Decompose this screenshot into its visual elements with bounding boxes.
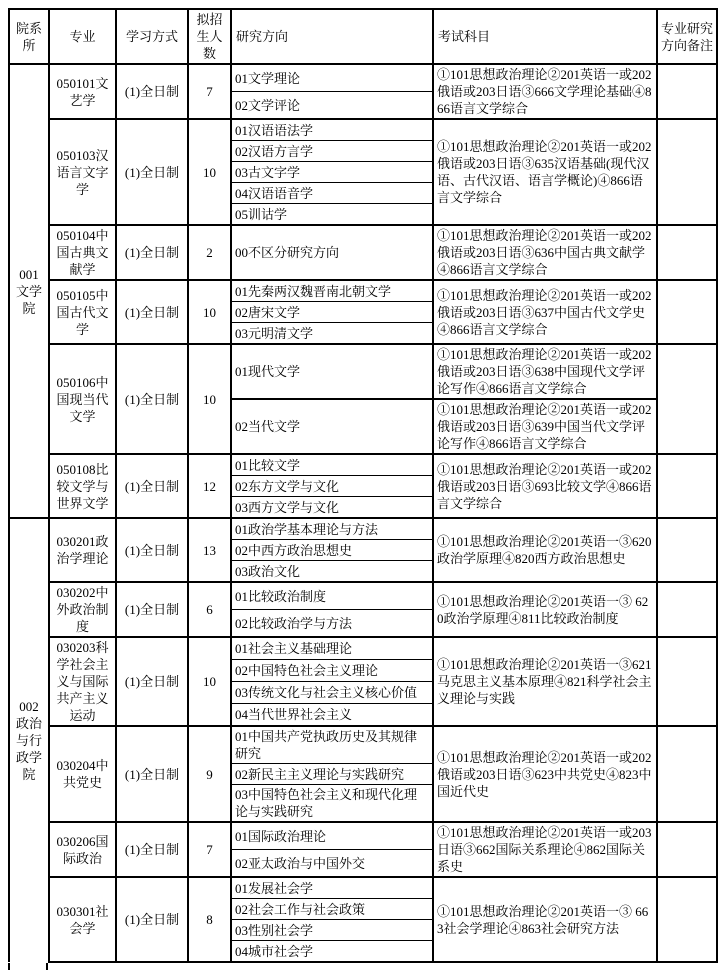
exam-subjects-cell: ①101思想政治理论②201英语一③ 663社会学理论④863社会研究方法 — [433, 877, 657, 962]
direction-cell: 02中国特色社会主义理论 — [231, 660, 433, 682]
notes-cell — [657, 225, 717, 280]
study-mode-cell: (1)全日制 — [116, 822, 188, 877]
direction-cell: 03古文字学 — [231, 162, 433, 183]
major-cell: 030201政治学理论 — [49, 518, 116, 582]
direction-cell: 02文学评论 — [231, 92, 433, 120]
direction-cell: 03性别社会学 — [231, 920, 433, 941]
exam-subjects-cell: ①101思想政治理论②201英语一③ 620政治学原理④811比较政治制度 — [433, 582, 657, 637]
direction-cell: 04汉语语音学 — [231, 183, 433, 204]
enrollment-cell: 6 — [188, 582, 231, 637]
table-row: 050108比较文学与世界文学(1)全日制1201比较文学①101思想政治理论②… — [9, 454, 717, 476]
study-mode-cell: (1)全日制 — [116, 637, 188, 726]
enrollment-cell: 12 — [188, 454, 231, 518]
table-row: 030206国际政治(1)全日制701国际政治理论①101思想政治理论②201英… — [9, 822, 717, 850]
major-cell: 050108比较文学与世界文学 — [49, 454, 116, 518]
study-mode-cell: (1)全日制 — [116, 64, 188, 119]
enrollment-cell: 7 — [188, 822, 231, 877]
exam-subjects-cell: ①101思想政治理论②201英语一③620政治学原理④820西方政治思想史 — [433, 518, 657, 582]
direction-cell: 02亚太政治与中国外交 — [231, 850, 433, 878]
study-mode-cell: (1)全日制 — [116, 518, 188, 582]
table-row: 050106中国现当代文学(1)全日制1001现代文学①101思想政治理论②20… — [9, 344, 717, 399]
enrollment-cell: 8 — [188, 877, 231, 962]
direction-cell: 01比较文学 — [231, 454, 433, 476]
major-cell: 030202中外政治制度 — [49, 582, 116, 637]
notes-cell — [657, 518, 717, 582]
enrollment-cell: 7 — [188, 64, 231, 119]
direction-cell: 03传统文化与社会主义核心价值 — [231, 681, 433, 703]
notes-cell — [657, 280, 717, 344]
exam-subjects-cell: ①101思想政治理论②201英语一或203日语③662国际关系理论④862国际关… — [433, 822, 657, 877]
exam-subjects-cell: ①101思想政治理论②201英语一或202俄语或203日语③693比较文学④86… — [433, 454, 657, 518]
direction-cell: 02中西方政治思想史 — [231, 540, 433, 561]
major-cell: 050101文艺学 — [49, 64, 116, 119]
major-cell: 050103汉语言文字学 — [49, 119, 116, 225]
direction-cell: 04当代世界社会主义 — [231, 703, 433, 726]
table-row: 050103汉语言文字学(1)全日制1001汉语语法学①101思想政治理论②20… — [9, 119, 717, 141]
direction-cell: 01先秦两汉魏晋南北朝文学 — [231, 280, 433, 302]
notes-cell — [657, 119, 717, 225]
direction-cell: 02当代文学 — [231, 399, 433, 454]
major-cell: 030206国际政治 — [49, 822, 116, 877]
admissions-catalog-page: 院系所专业学习方式拟招生人数研究方向考试科目专业研究方向备注 001 文学 院0… — [8, 8, 718, 963]
study-mode-cell: (1)全日制 — [116, 344, 188, 454]
major-cell: 030203科学社会主义与国际共产主义运动 — [49, 637, 116, 726]
header-cell: 拟招生人数 — [188, 9, 231, 64]
study-mode-cell: (1)全日制 — [116, 454, 188, 518]
direction-cell: 03元明清文学 — [231, 323, 433, 345]
enrollment-cell: 10 — [188, 344, 231, 454]
direction-cell: 03西方文学与文化 — [231, 497, 433, 519]
major-cell: 050104中国古典文献学 — [49, 225, 116, 280]
direction-cell: 01比较政治制度 — [231, 582, 433, 610]
study-mode-cell: (1)全日制 — [116, 119, 188, 225]
dept-column-right-border-tail — [46, 963, 48, 970]
table-row: 001 文学 院050101文艺学(1)全日制701文学理论①101思想政治理论… — [9, 64, 717, 92]
major-cell: 050105中国古代文学 — [49, 280, 116, 344]
enrollment-cell: 2 — [188, 225, 231, 280]
notes-cell — [657, 454, 717, 518]
notes-cell — [657, 822, 717, 877]
notes-cell — [657, 637, 717, 726]
header-cell: 院系所 — [9, 9, 49, 64]
exam-subjects-cell: ①101思想政治理论②201英语一③621马克思主义基本原理④821科学社会主义… — [433, 637, 657, 726]
enrollment-cell: 10 — [188, 280, 231, 344]
direction-cell: 01社会主义基础理论 — [231, 637, 433, 660]
enrollment-cell: 10 — [188, 637, 231, 726]
notes-cell — [657, 64, 717, 119]
table-row: 030202中外政治制度(1)全日制601比较政治制度①101思想政治理论②20… — [9, 582, 717, 610]
direction-cell: 00不区分研究方向 — [231, 225, 433, 280]
exam-subjects-cell: ①101思想政治理论②201英语一或202俄语或203日语③666文学理论基础④… — [433, 64, 657, 119]
direction-cell: 01汉语语法学 — [231, 119, 433, 141]
direction-cell: 02社会工作与社会政策 — [231, 899, 433, 920]
enrollment-cell: 9 — [188, 726, 231, 822]
admissions-table: 院系所专业学习方式拟招生人数研究方向考试科目专业研究方向备注 001 文学 院0… — [8, 8, 718, 963]
major-cell: 030301社会学 — [49, 877, 116, 962]
major-cell: 030204中共党史 — [49, 726, 116, 822]
header-cell: 专业 — [49, 9, 116, 64]
direction-cell: 05训诂学 — [231, 204, 433, 226]
header-cell: 学习方式 — [116, 9, 188, 64]
dept-column-left-border-tail — [8, 963, 10, 970]
table-row: 030203科学社会主义与国际共产主义运动(1)全日制1001社会主义基础理论①… — [9, 637, 717, 660]
direction-cell: 01国际政治理论 — [231, 822, 433, 850]
major-cell: 050106中国现当代文学 — [49, 344, 116, 454]
exam-subjects-cell: ①101思想政治理论②201英语一或202俄语或203日语③638中国现代文学评… — [433, 344, 657, 399]
direction-cell: 01中国共产党执政历史及其规律研究 — [231, 726, 433, 764]
table-row: 050104中国古典文献学(1)全日制200不区分研究方向①101思想政治理论②… — [9, 225, 717, 280]
header-cell: 专业研究方向备注 — [657, 9, 717, 64]
header-cell: 研究方向 — [231, 9, 433, 64]
study-mode-cell: (1)全日制 — [116, 877, 188, 962]
direction-cell: 03中国特色社会主义和现代化理论与实践研究 — [231, 785, 433, 823]
study-mode-cell: (1)全日制 — [116, 582, 188, 637]
notes-cell — [657, 582, 717, 637]
table-row: 002 政治 与行 政学 院030201政治学理论(1)全日制1301政治学基本… — [9, 518, 717, 540]
direction-cell: 02汉语方言学 — [231, 141, 433, 162]
notes-cell — [657, 726, 717, 822]
table-row: 030301社会学(1)全日制801发展社会学①101思想政治理论②201英语一… — [9, 877, 717, 899]
dept-cell: 001 文学 院 — [9, 64, 49, 518]
exam-subjects-cell: ①101思想政治理论②201英语一或202俄语或203日语③636中国古典文献学… — [433, 225, 657, 280]
notes-cell — [657, 344, 717, 454]
exam-subjects-cell: ①101思想政治理论②201英语一或202俄语或203日语③635汉语基础(现代… — [433, 119, 657, 225]
direction-cell: 01政治学基本理论与方法 — [231, 518, 433, 540]
study-mode-cell: (1)全日制 — [116, 280, 188, 344]
exam-subjects-cell: ①101思想政治理论②201英语一或202俄语或203日语③623中共党史④82… — [433, 726, 657, 822]
direction-cell: 02唐宋文学 — [231, 302, 433, 323]
direction-cell: 04城市社会学 — [231, 941, 433, 963]
table-row: 050105中国古代文学(1)全日制1001先秦两汉魏晋南北朝文学①101思想政… — [9, 280, 717, 302]
direction-cell: 02比较政治学与方法 — [231, 610, 433, 638]
dept-cell: 002 政治 与行 政学 院 — [9, 518, 49, 962]
notes-cell — [657, 877, 717, 962]
direction-cell: 01发展社会学 — [231, 877, 433, 899]
direction-cell: 03政治文化 — [231, 561, 433, 583]
header-cell: 考试科目 — [433, 9, 657, 64]
direction-cell: 02东方文学与文化 — [231, 476, 433, 497]
table-row: 030204中共党史(1)全日制901中国共产党执政历史及其规律研究①101思想… — [9, 726, 717, 764]
study-mode-cell: (1)全日制 — [116, 726, 188, 822]
study-mode-cell: (1)全日制 — [116, 225, 188, 280]
table-header: 院系所专业学习方式拟招生人数研究方向考试科目专业研究方向备注 — [9, 9, 717, 64]
direction-cell: 01文学理论 — [231, 64, 433, 92]
exam-subjects-cell: ①101思想政治理论②201英语一或202俄语或203日语③639中国当代文学评… — [433, 399, 657, 454]
direction-cell: 01现代文学 — [231, 344, 433, 399]
enrollment-cell: 13 — [188, 518, 231, 582]
direction-cell: 02新民主主义理论与实践研究 — [231, 764, 433, 785]
exam-subjects-cell: ①101思想政治理论②201英语一或202俄语或203日语③637中国古代文学史… — [433, 280, 657, 344]
enrollment-cell: 10 — [188, 119, 231, 225]
